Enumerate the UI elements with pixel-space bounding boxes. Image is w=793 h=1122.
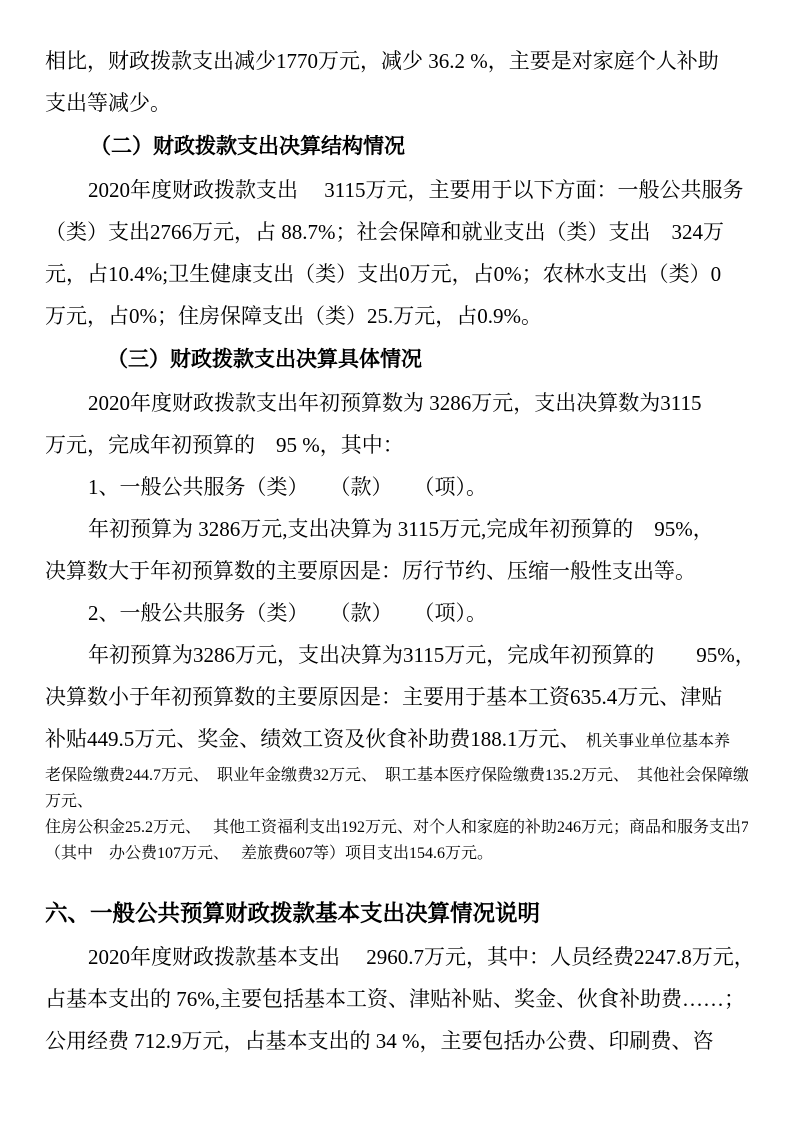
text-segment: 2020年度财政拨款支出 3115万元，主要用于以下方面：一般公共服务 — [88, 178, 743, 202]
text-line: 元，占10.4%;卫生健康支出（类）支出0万元，占0%；农林水支出（类）0 — [45, 253, 748, 295]
paragraph-item-2-detail: 年初预算为3286万元，支出决算为3115万元，完成年初预算的 95%，决算数小… — [45, 634, 748, 867]
text-line: （其中 办公费107万元、 差旅费607等）项目支出154.6万元。 — [45, 841, 748, 867]
text-segment: 2、一般公共服务（类） （款） （项）。 — [88, 601, 487, 625]
text-segment-small: 住房公积金25.2万元、 其他工资福利支出192万元、对个人和家庭的补助246万… — [45, 819, 748, 836]
document-page: 相比，财政拨款支出减少1770万元，减少 36.2 %，主要是对家庭个人补助支出… — [0, 0, 793, 1122]
text-segment: 补贴449.5万元、奖金、绩效工资及伙食补助费188.1万元、 — [45, 727, 570, 751]
text-segment-small: 万元、 — [45, 793, 93, 810]
text-segment: 年初预算为3286万元，支出决算为3115万元，完成年初预算的 95%， — [88, 643, 748, 667]
text-line: 2020年度财政拨款基本支出 2960.7万元，其中：人员经费2247.8万元， — [45, 936, 748, 978]
paragraph-expenditure-decrease: 相比，财政拨款支出减少1770万元，减少 36.2 %，主要是对家庭个人补助支出… — [45, 40, 748, 124]
text-segment: 2020年度财政拨款支出年初预算数为 3286万元，支出决算数为3115 — [88, 391, 701, 415]
text-segment-small: 机关事业单位基本养 — [570, 733, 730, 750]
paragraph-item-1-detail: 年初预算为 3286万元,支出决算为 3115万元,完成年初预算的 95%，决算… — [45, 508, 748, 592]
text-line: （三）财政拨款支出决算具体情况 — [45, 337, 748, 382]
text-line: 2020年度财政拨款支出 3115万元，主要用于以下方面：一般公共服务 — [45, 169, 748, 211]
text-segment: 2020年度财政拨款基本支出 2960.7万元，其中：人员经费2247.8万元， — [88, 945, 748, 969]
text-segment: 占基本支出的 76%,主要包括基本工资、津贴补贴、奖金、伙食补助费……； — [45, 987, 745, 1011]
text-segment: 相比，财政拨款支出减少1770万元，减少 36.2 %，主要是对家庭个人补助 — [45, 49, 719, 73]
text-line: 决算数小于年初预算数的主要原因是：主要用于基本工资635.4万元、津贴 — [45, 676, 748, 718]
text-line: 补贴449.5万元、奖金、绩效工资及伙食补助费188.1万元、 机关事业单位基本… — [45, 718, 748, 763]
text-segment: 决算数小于年初预算数的主要原因是：主要用于基本工资635.4万元、津贴 — [45, 685, 722, 709]
list-item-2-general-public-service: 2、一般公共服务（类） （款） （项）。 — [45, 592, 748, 634]
text-line: 年初预算为3286万元，支出决算为3115万元，完成年初预算的 95%， — [45, 634, 748, 676]
text-line: 2、一般公共服务（类） （款） （项）。 — [45, 592, 748, 634]
heading-section-2-structure: （二）财政拨款支出决算结构情况 — [45, 124, 748, 169]
text-line: 住房公积金25.2万元、 其他工资福利支出192万元、对个人和家庭的补助246万… — [45, 815, 748, 841]
paragraph-details-intro: 2020年度财政拨款支出年初预算数为 3286万元，支出决算数为3115万元，完… — [45, 382, 748, 466]
text-segment-small: （其中 办公费107万元、 差旅费607等）项目支出154.6万元。 — [45, 845, 493, 862]
text-line: 六、一般公共预算财政拨款基本支出决算情况说明 — [45, 891, 748, 936]
text-line: 占基本支出的 76%,主要包括基本工资、津贴补贴、奖金、伙食补助费……； — [45, 978, 748, 1020]
list-item-1-general-public-service: 1、一般公共服务（类） （款） （项）。 — [45, 466, 748, 508]
text-line: 决算数大于年初预算数的主要原因是：厉行节约、压缩一般性支出等。 — [45, 550, 748, 592]
text-line: 年初预算为 3286万元,支出决算为 3115万元,完成年初预算的 95%， — [45, 508, 748, 550]
text-line: 1、一般公共服务（类） （款） （项）。 — [45, 466, 748, 508]
paragraph-basic-expenditure: 2020年度财政拨款基本支出 2960.7万元，其中：人员经费2247.8万元，… — [45, 936, 748, 1062]
text-segment: （二）财政拨款支出决算结构情况 — [90, 135, 405, 158]
text-segment: （三）财政拨款支出决算具体情况 — [107, 348, 422, 371]
document-body: 相比，财政拨款支出减少1770万元，减少 36.2 %，主要是对家庭个人补助支出… — [45, 40, 748, 1062]
text-segment: 元，占10.4%;卫生健康支出（类）支出0万元，占0%；农林水支出（类）0 — [45, 262, 721, 286]
text-segment: 公用经费 712.9万元，占基本支出的 34 %，主要包括办公费、印刷费、咨 — [45, 1029, 714, 1053]
text-segment: 支出等减少。 — [45, 91, 171, 115]
text-line: 公用经费 712.9万元，占基本支出的 34 %，主要包括办公费、印刷费、咨 — [45, 1020, 748, 1062]
text-segment: 万元，完成年初预算的 95 %，其中： — [45, 433, 404, 457]
text-segment: （类）支出2766万元，占 88.7%；社会保障和就业支出（类）支出 324万 — [45, 220, 724, 244]
text-line: 相比，财政拨款支出减少1770万元，减少 36.2 %，主要是对家庭个人补助 — [45, 40, 748, 82]
text-line: 万元，完成年初预算的 95 %，其中： — [45, 424, 748, 466]
text-line: （类）支出2766万元，占 88.7%；社会保障和就业支出（类）支出 324万 — [45, 211, 748, 253]
paragraph-structure-breakdown: 2020年度财政拨款支出 3115万元，主要用于以下方面：一般公共服务（类）支出… — [45, 169, 748, 337]
text-segment-small: 老保险缴费244.7万元、 职业年金缴费32万元、 职工基本医疗保险缴费135.… — [45, 767, 748, 784]
text-segment: 万元，占0%；住房保障支出（类）25.万元，占0.9%。 — [45, 304, 542, 328]
text-segment: 决算数大于年初预算数的主要原因是：厉行节约、压缩一般性支出等。 — [45, 559, 696, 583]
text-line: 万元、 — [45, 789, 748, 815]
text-line: 支出等减少。 — [45, 82, 748, 124]
text-segment: 年初预算为 3286万元,支出决算为 3115万元,完成年初预算的 95%， — [88, 517, 714, 541]
text-line: 老保险缴费244.7万元、 职业年金缴费32万元、 职工基本医疗保险缴费135.… — [45, 763, 748, 789]
heading-section-6-basic-expenditure: 六、一般公共预算财政拨款基本支出决算情况说明 — [45, 891, 748, 936]
text-line: （二）财政拨款支出决算结构情况 — [45, 124, 748, 169]
text-segment: 1、一般公共服务（类） （款） （项）。 — [88, 475, 487, 499]
text-line: 2020年度财政拨款支出年初预算数为 3286万元，支出决算数为3115 — [45, 382, 748, 424]
text-segment: 六、一般公共预算财政拨款基本支出决算情况说明 — [45, 901, 540, 926]
text-line: 万元，占0%；住房保障支出（类）25.万元，占0.9%。 — [45, 295, 748, 337]
heading-section-3-details: （三）财政拨款支出决算具体情况 — [45, 337, 748, 382]
